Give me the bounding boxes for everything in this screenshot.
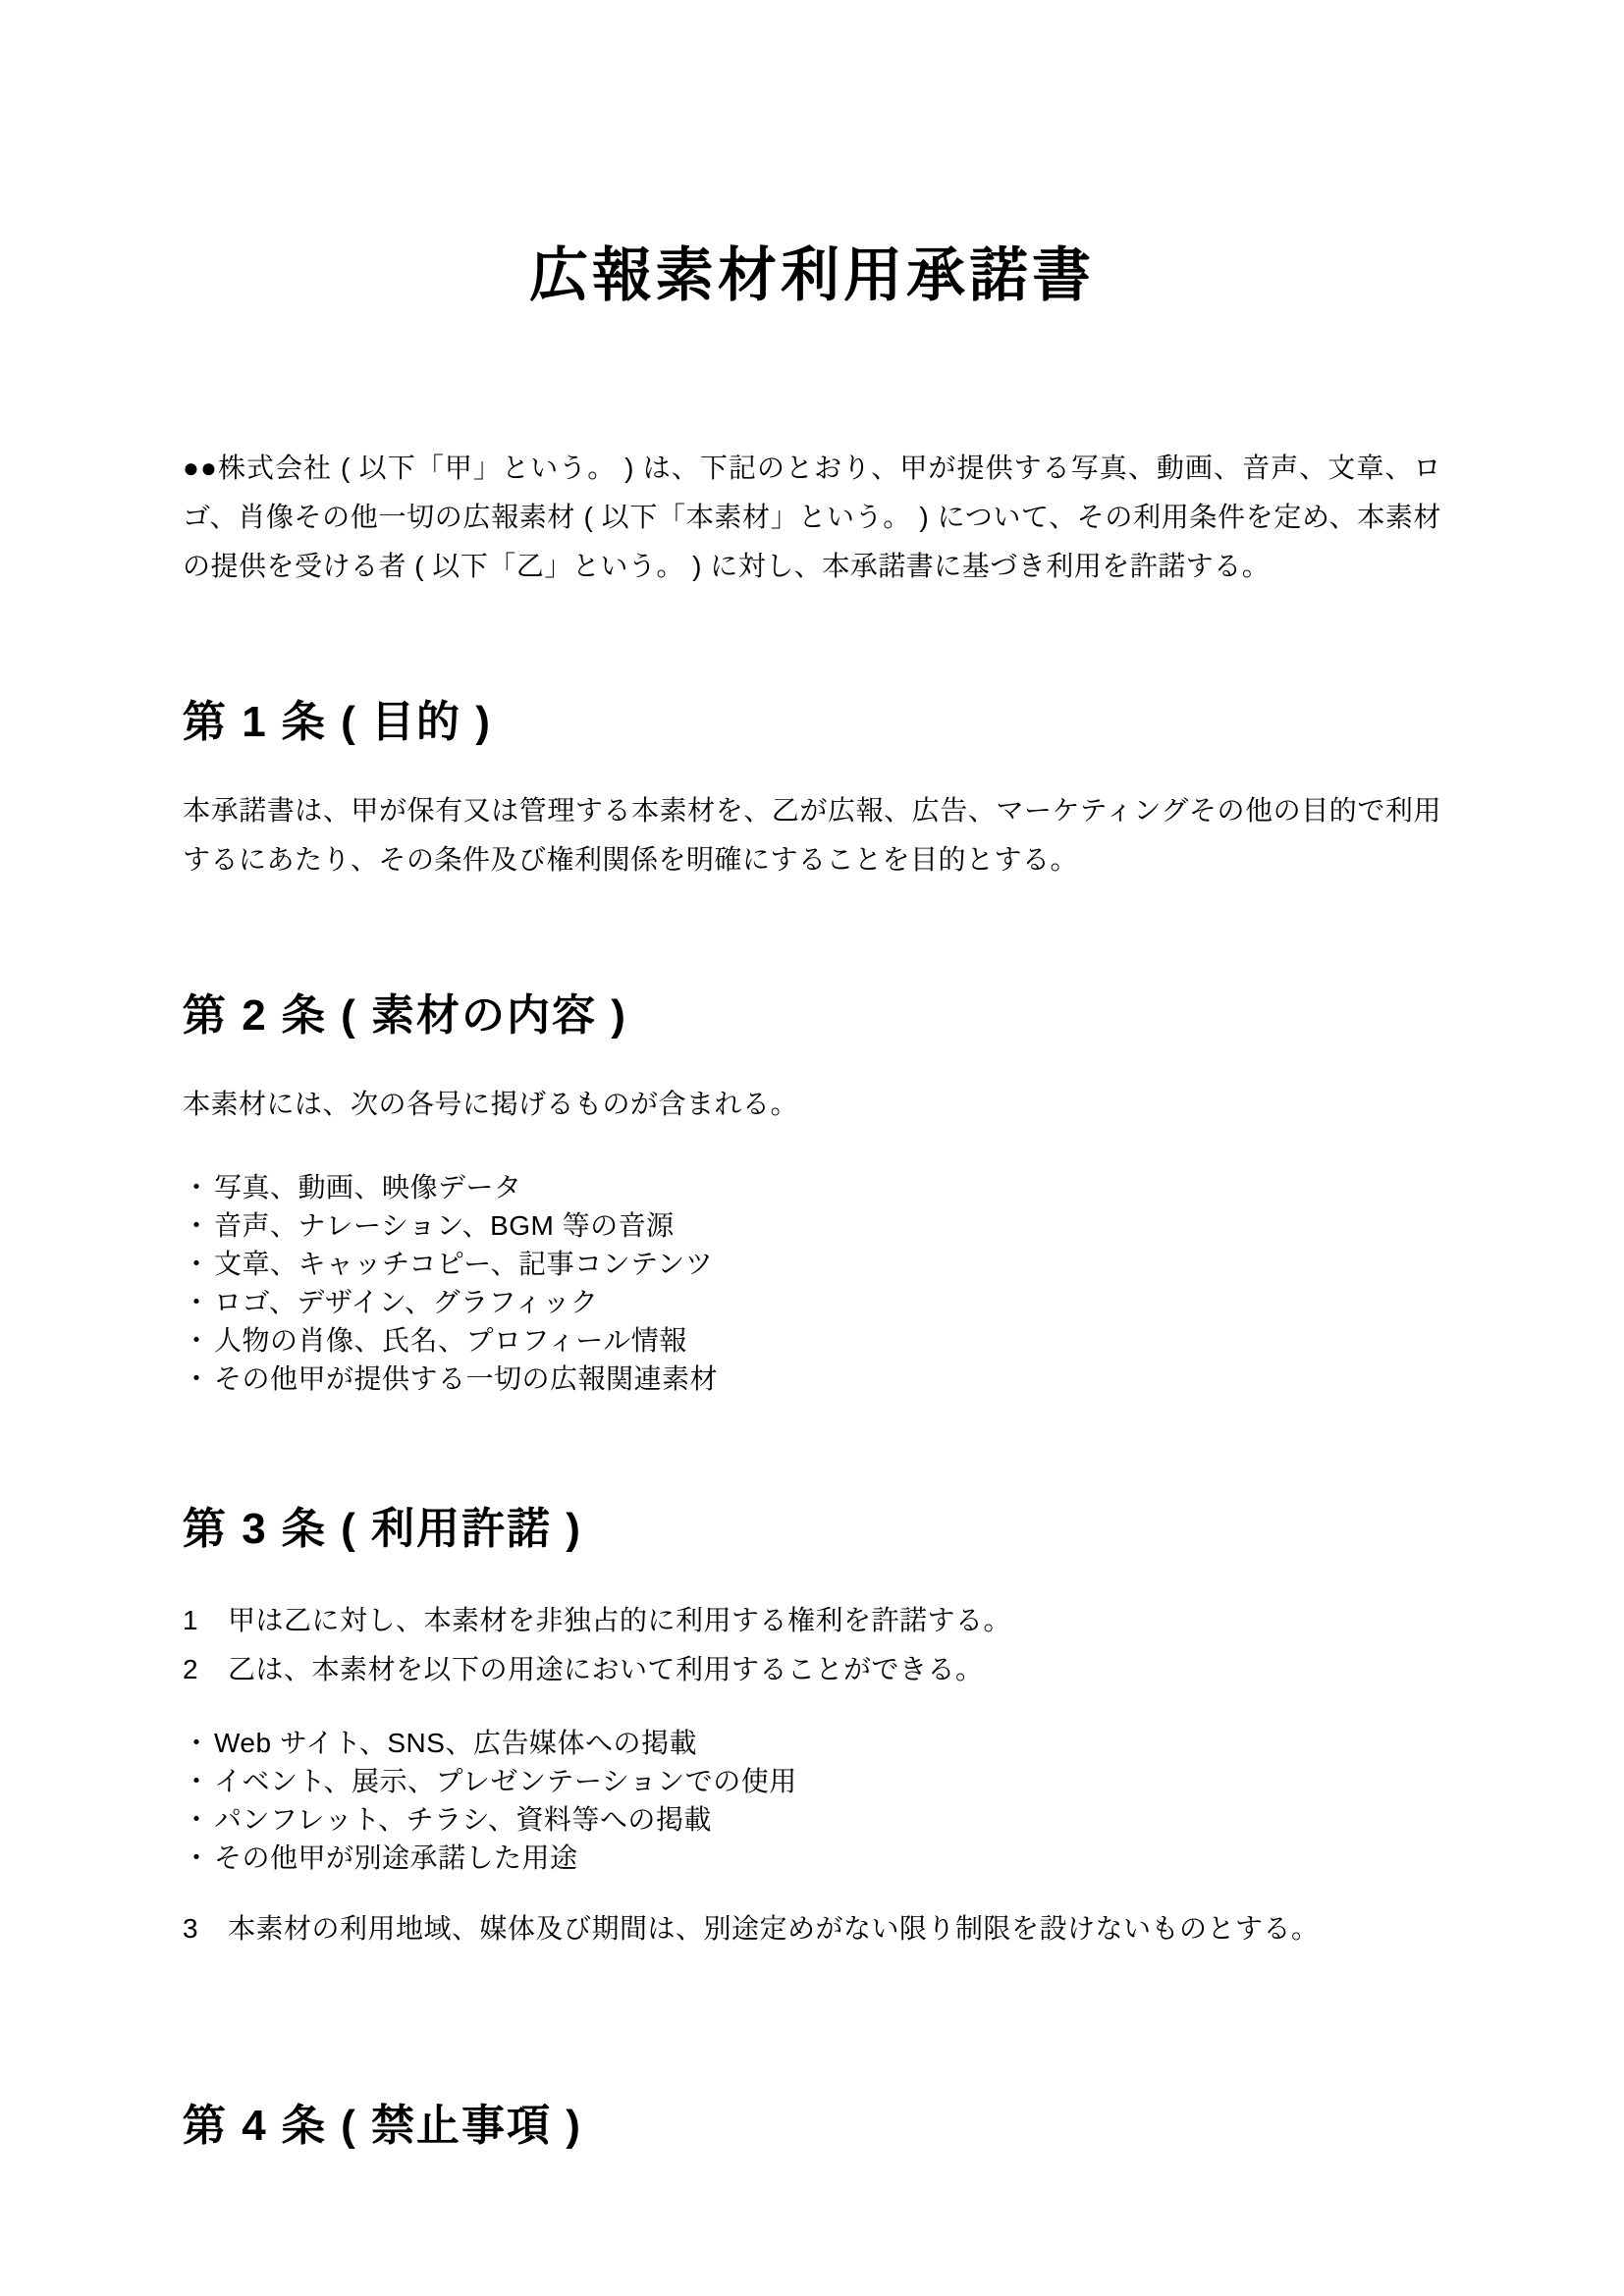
list-item: ・ イベント、展示、プレゼンテーションでの使用 [183, 1762, 1441, 1800]
list-item: ・ その他甲が別途承諾した用途 [183, 1839, 1441, 1877]
bullet-icon: ・ [183, 1283, 214, 1321]
article-1-body: 本承諾書は、甲が保有又は管理する本素材を、乙が広報、広告、マーケティングその他の… [183, 786, 1441, 884]
list-item: ・ 音声、ナレーション、BGM 等の音源 [183, 1206, 1441, 1245]
numbered-clause: 2 乙は、本素材を以下の用途において利用することができる。 [183, 1645, 1441, 1694]
list-item-text: Web サイト、SNS、広告媒体への掲載 [214, 1724, 697, 1762]
clause-text: 本素材の利用地域、媒体及び期間は、別途定めがない限り制限を設けないものとする。 [228, 1904, 1320, 1953]
clause-number: 2 [183, 1645, 228, 1694]
clause-text: 甲は乙に対し、本素材を非独占的に利用する権利を許諾する。 [228, 1596, 1011, 1645]
article-1-heading: 第 1 条 ( 目的 ) [183, 697, 1441, 749]
article-2-body: 本素材には、次の各号に掲げるものが含まれる。 [183, 1080, 1441, 1129]
list-item: ・ 人物の肖像、氏名、プロフィール情報 [183, 1321, 1441, 1360]
clause-number: 3 [183, 1904, 228, 1953]
numbered-clause: 1 甲は乙に対し、本素材を非独占的に利用する権利を許諾する。 [183, 1596, 1441, 1645]
document-page: 広報素材利用承諾書 ●●株式会社 ( 以下「甲」という。 ) は、下記のとおり、… [0, 0, 1624, 2296]
bullet-icon: ・ [183, 1321, 214, 1360]
bullet-icon: ・ [183, 1762, 214, 1800]
list-item: ・ ロゴ、デザイン、グラフィック [183, 1283, 1441, 1321]
list-item-text: 文章、キャッチコピー、記事コンテンツ [214, 1245, 713, 1283]
article-2-heading: 第 2 条 ( 素材の内容 ) [183, 990, 1441, 1042]
list-item-text: その他甲が提供する一切の広報関連素材 [214, 1360, 718, 1398]
list-item: ・ Web サイト、SNS、広告媒体への掲載 [183, 1724, 1441, 1762]
list-item: ・ 写真、動画、映像データ [183, 1168, 1441, 1206]
bullet-icon: ・ [183, 1245, 214, 1283]
list-item: ・ 文章、キャッチコピー、記事コンテンツ [183, 1245, 1441, 1283]
intro-paragraph: ●●株式会社 ( 以下「甲」という。 ) は、下記のとおり、甲が提供する写真、動… [183, 444, 1441, 591]
article-3-clause-3: 3 本素材の利用地域、媒体及び期間は、別途定めがない限り制限を設けないものとする… [183, 1904, 1441, 1953]
clause-number: 1 [183, 1596, 228, 1645]
article-3-clauses: 1 甲は乙に対し、本素材を非独占的に利用する権利を許諾する。 2 乙は、本素材を… [183, 1596, 1441, 1694]
article-3-heading: 第 3 条 ( 利用許諾 ) [183, 1504, 1441, 1556]
bullet-icon: ・ [183, 1206, 214, 1245]
bullet-icon: ・ [183, 1360, 214, 1398]
list-item-text: パンフレット、チラシ、資料等への掲載 [214, 1800, 712, 1839]
document-title: 広報素材利用承諾書 [183, 243, 1441, 308]
article-3-usage-list: ・ Web サイト、SNS、広告媒体への掲載 ・ イベント、展示、プレゼンテーシ… [183, 1724, 1441, 1877]
list-item-text: 写真、動画、映像データ [214, 1168, 522, 1206]
bullet-icon: ・ [183, 1168, 214, 1206]
list-item: ・ パンフレット、チラシ、資料等への掲載 [183, 1800, 1441, 1839]
list-item-text: ロゴ、デザイン、グラフィック [214, 1283, 598, 1321]
list-item: ・ その他甲が提供する一切の広報関連素材 [183, 1360, 1441, 1398]
bullet-icon: ・ [183, 1839, 214, 1877]
clause-text: 乙は、本素材を以下の用途において利用することができる。 [228, 1645, 984, 1694]
list-item-text: 人物の肖像、氏名、プロフィール情報 [214, 1321, 687, 1360]
bullet-icon: ・ [183, 1724, 214, 1762]
article-2-material-list: ・ 写真、動画、映像データ ・ 音声、ナレーション、BGM 等の音源 ・ 文章、… [183, 1168, 1441, 1398]
list-item-text: イベント、展示、プレゼンテーションでの使用 [214, 1762, 797, 1800]
bullet-icon: ・ [183, 1800, 214, 1839]
list-item-text: その他甲が別途承諾した用途 [214, 1839, 578, 1877]
document-content: 広報素材利用承諾書 ●●株式会社 ( 以下「甲」という。 ) は、下記のとおり、… [0, 243, 1624, 2153]
list-item-text: 音声、ナレーション、BGM 等の音源 [214, 1206, 675, 1245]
numbered-clause: 3 本素材の利用地域、媒体及び期間は、別途定めがない限り制限を設けないものとする… [183, 1904, 1441, 1953]
article-4-heading: 第 4 条 ( 禁止事項 ) [183, 2101, 1441, 2153]
